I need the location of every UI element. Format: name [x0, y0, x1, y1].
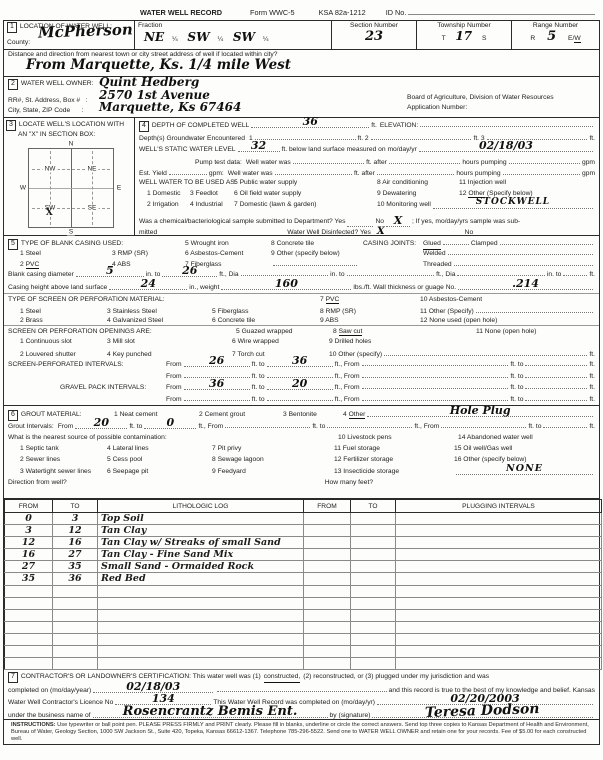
depth-completed-value: 36: [303, 115, 318, 128]
clamped-blank: [500, 237, 593, 245]
log-from-cell: 3: [5, 525, 53, 537]
distance-value: From Marquette, Ks. 1/4 mile West: [26, 57, 291, 73]
plug-description-cell: [396, 513, 602, 525]
contamination-option-10: 10 Livestock pens: [338, 433, 458, 443]
log-description-cell: [98, 609, 304, 621]
casing-height-label: Casing height above land surface: [8, 283, 107, 293]
application-number-label: Application Number:: [407, 104, 467, 111]
log-to-cell: 16: [53, 537, 98, 549]
gpi2-ft: ft.: [589, 395, 595, 405]
compass-west-label: W: [18, 185, 28, 192]
log-to-cell: 3: [53, 513, 98, 525]
contamination-option-2: 2 Sewer lines: [20, 455, 107, 465]
threaded-blank: [454, 258, 593, 266]
section-6-grout: 6GROUT MATERIAL: 1 Neat cement 2 Cement …: [4, 406, 599, 499]
quadrant-nw-label: NW: [43, 165, 58, 172]
static-date-value: 02/18/03: [479, 139, 533, 152]
grout-other-value: Hole Plug: [450, 404, 511, 417]
casing-2-word: PVC: [26, 261, 40, 269]
plug-description-cell: [396, 609, 602, 621]
opening-option-2: 2 Louvered shutter: [20, 350, 107, 360]
opening-8-word: Saw cut: [339, 328, 363, 336]
plug-to-cell: [351, 525, 396, 537]
spi-ftto-word: ft. to: [252, 360, 265, 370]
range-cell: Range Number R 5 E/W: [512, 21, 599, 49]
pump-test-4: gpm: [582, 158, 595, 168]
diam-ft-field: 26: [162, 268, 217, 277]
screen-7-word: PVC: [326, 296, 340, 304]
opening-option-11: 11 None (open hole): [476, 327, 536, 337]
header-to-2: TO: [351, 500, 396, 513]
dia2-blank: [241, 268, 328, 276]
contamination-option-6: 6 Seepage pit: [107, 467, 212, 477]
used-option-4: 4 Industrial: [190, 200, 234, 210]
est-yield-blank: [169, 167, 207, 175]
elevation-label: ELEVATION:: [380, 121, 418, 131]
casing-height-field: 24: [109, 281, 187, 290]
log-description-cell: [98, 646, 304, 658]
log-description-cell: Small Sand - Ormaided Rock: [98, 561, 304, 573]
spi-ftto-word-2: ft. to: [510, 360, 523, 370]
screen-option-2: 2 Brass: [20, 316, 107, 326]
plug-to-cell: [351, 633, 396, 645]
screen-option-12: 12 None used (open hole): [420, 316, 497, 326]
casing-weight-field: 160: [221, 281, 351, 290]
diam-in-to-3: in. to: [547, 270, 562, 280]
used-12-number: 12: [459, 190, 466, 197]
section-3-locate: 3LOCATE WELL'S LOCATION WITH AN "X" IN S…: [4, 118, 135, 235]
log-table-body: 0 3 Top Soil 3 12 Tan Clay: [5, 513, 602, 670]
gpi2-ftto: ft. to: [252, 395, 265, 405]
form-number: Form WWC-5: [250, 8, 295, 17]
plug-to-cell: [351, 658, 396, 670]
log-to-cell: 12: [53, 525, 98, 537]
used-option-10: 10 Monitoring well: [377, 200, 431, 210]
diam-ft-end: ft.: [589, 270, 595, 280]
contamination-option-14: 14 Abandoned water well: [458, 433, 533, 443]
pump-blank-2: [389, 156, 460, 164]
opening-8-number: 8: [333, 328, 337, 335]
log-description-cell: [98, 633, 304, 645]
gpi2-blank-3: [362, 393, 509, 401]
gi-from-field: 20: [75, 420, 127, 429]
contamination-option-15: 15 Oil well/Gas well: [454, 444, 512, 454]
gpi-to-value: 20: [292, 377, 307, 390]
diam-ft-dia-2: ft., Dia: [436, 270, 455, 280]
casing-joints-label: CASING JOINTS:: [363, 239, 423, 249]
gpi-from-field: 36: [184, 381, 250, 390]
log-to-cell: 35: [53, 561, 98, 573]
gpi-ft: ft.: [589, 383, 595, 393]
groundwater-2: ft. 2: [358, 134, 369, 144]
form-body: 1LOCATION OF WATER WELL: County: McPhers…: [3, 20, 600, 745]
license-label: Water Well Contractor's Licence No: [8, 698, 113, 708]
contamination-option-3: 3 Watertight sewer lines: [20, 467, 107, 477]
groundwater-2-blank: [371, 132, 472, 140]
glued-blank: [443, 237, 469, 245]
signature-label: by (signature): [330, 711, 371, 721]
grout-option-2: 2 Cement grout: [199, 410, 283, 420]
casing-option-8: 8 Concrete tile: [271, 239, 363, 249]
spi-ft-word: ft.: [589, 360, 595, 370]
board-of-agriculture-line: Board of Agriculture, Division of Water …: [407, 94, 554, 101]
range-prefix: R: [530, 35, 535, 42]
plug-to-cell: [351, 621, 396, 633]
statute-number: KSA 82a-1212: [319, 8, 366, 17]
county-value: McPherson: [38, 20, 133, 41]
gi-to-value: 0: [167, 416, 175, 429]
spi-from-word: From: [166, 360, 182, 370]
est-yield-5: gpm: [582, 169, 595, 179]
log-to-cell: [53, 633, 98, 645]
log-from-cell: [5, 585, 53, 597]
gi-from-word: From: [58, 422, 74, 432]
section-1-location: 1LOCATION OF WATER WELL: County: McPhers…: [4, 21, 599, 50]
plug-description-cell: [396, 549, 602, 561]
plug-to-cell: [351, 609, 396, 621]
gi-blank-1: [225, 420, 310, 428]
log-description-cell: [98, 585, 304, 597]
plug-to-cell: [351, 513, 396, 525]
screen-other-blank: [476, 305, 593, 313]
plug-from-cell: [304, 525, 351, 537]
used-option-5: 5 Public water supply: [234, 178, 377, 188]
monitoring-well-value: STOCKWELL: [476, 197, 550, 207]
log-description-cell: [98, 621, 304, 633]
log-table-row: 16 27 Tan Clay - Fine Sand Mix: [5, 549, 602, 561]
spi2-ftto-2: ft. to: [510, 372, 523, 382]
plug-to-cell: [351, 585, 396, 597]
screen-material-title: TYPE OF SCREEN OR PERFORATION MATERIAL:: [8, 295, 320, 305]
instructions-label: INSTRUCTIONS:: [11, 722, 56, 728]
groundwater-label: Depth(s) Groundwater Encountered: [139, 134, 245, 144]
id-number-blank: [408, 7, 595, 15]
section-number-value: 23: [335, 29, 413, 44]
static-date-field: 02/18/03: [419, 143, 593, 152]
pump-blank-1: [293, 156, 364, 164]
log-to-cell: [53, 658, 98, 670]
plug-to-cell: [351, 646, 396, 658]
log-description-cell: Tan Clay w/ Streaks of small Sand: [98, 537, 304, 549]
section-7-number: 7: [8, 672, 18, 683]
gpi2-from-word: From: [166, 395, 182, 405]
used-as-label: WELL WATER TO BE USED AS:: [139, 178, 234, 188]
used-option-6: 6 Oil field water supply: [234, 189, 377, 199]
lithologic-log-table: FROM TO LITHOLOGIC LOG FROM TO PLUGGING …: [4, 499, 602, 670]
log-table-row: 12 16 Tan Clay w/ Streaks of small Sand: [5, 537, 602, 549]
diam-in-to-2: in. to: [330, 270, 345, 280]
depth-completed-value-field: 36: [251, 119, 369, 128]
fraction-1-value: NE: [144, 30, 164, 44]
welded-blank: [448, 247, 593, 255]
water-well-record-scan: WATER WELL RECORD Form WWC-5 KSA 82a-121…: [0, 0, 603, 760]
groundwater-1-blank: [255, 132, 356, 140]
certification-text-2: (2) reconstructed, or (3) plugged under …: [303, 672, 489, 682]
gpi2-ftto-2: ft. to: [510, 395, 523, 405]
township-label: Township Number: [420, 22, 508, 29]
quadrant-se-label: SE: [86, 204, 99, 211]
log-from-cell: [5, 597, 53, 609]
signature-field: Teresa Dodson: [372, 709, 593, 718]
plug-from-cell: [304, 537, 351, 549]
section-2-owner: 2WATER WELL OWNER: RR#, St. Address, Box…: [4, 77, 599, 118]
gpi-ftto-2: ft. to: [510, 383, 523, 393]
section-6-number: 6: [8, 410, 18, 421]
log-from-cell: 0: [5, 513, 53, 525]
log-to-cell: 36: [53, 573, 98, 585]
spi-blank-1: [362, 358, 509, 366]
casing-other-blank: [273, 258, 357, 266]
opening-option-6: 6 Wire wrapped: [232, 337, 329, 347]
plug-description-cell: [396, 597, 602, 609]
static-level-mid: ft. below land surface measured on mo/da…: [282, 145, 417, 155]
log-from-cell: [5, 646, 53, 658]
casing-height-in: in., weight: [189, 283, 219, 293]
business-name-label: under the business name of: [8, 711, 91, 721]
signature-value: Teresa Dodson: [425, 705, 540, 718]
log-to-cell: [53, 609, 98, 621]
screen-perforated-label: SCREEN-PERFORATED INTERVALS:: [8, 360, 166, 370]
gpi2-ftfrom: ft., From: [335, 395, 360, 405]
sample-no-mark: X: [394, 214, 403, 227]
depth-completed-label: DEPTH OF COMPLETED WELL: [152, 121, 249, 131]
weight-unit-label: lbs./ft. Wall thickness or guage No.: [353, 283, 456, 293]
grout-option-1: 1 Neat cement: [114, 410, 199, 420]
log-to-cell: [53, 597, 98, 609]
opening-option-5: 5 Guazed wrapped: [236, 327, 333, 337]
opening-option-8: 8 Saw cut: [333, 327, 476, 337]
spi2-from-word: From: [166, 372, 182, 382]
static-level-label: WELL'S STATIC WATER LEVEL: [139, 145, 236, 155]
spi-blank-2: [525, 358, 587, 366]
log-table-header-row: FROM TO LITHOLOGIC LOG FROM TO PLUGGING …: [5, 500, 602, 513]
screen-option-6: 6 Concrete tile: [212, 316, 320, 326]
business-name-field: Rosencrantz Bemis Ent.: [93, 709, 328, 718]
log-description-cell: Top Soil: [98, 513, 304, 525]
log-from-cell: [5, 609, 53, 621]
blank-diameter-value: 5: [106, 264, 114, 277]
gpi-to-field: 20: [267, 381, 333, 390]
gpi-ftto: ft. to: [252, 383, 265, 393]
completed-on-blank: [217, 684, 386, 692]
contamination-option-5: 5 Cess pool: [107, 455, 212, 465]
log-from-cell: 35: [5, 573, 53, 585]
plug-from-cell: [304, 646, 351, 658]
screen-option-10: 10 Asbestos-Cement: [420, 295, 482, 305]
casing-option-3: 3 RMP (SR): [112, 249, 185, 259]
casing-title: TYPE OF BLANK CASING USED:: [21, 240, 123, 247]
plug-description-cell: [396, 658, 602, 670]
pump-blank-3: [509, 156, 580, 164]
gauge-field: .214: [458, 281, 593, 290]
log-table-row: [5, 609, 602, 621]
township-prefix: T: [442, 35, 446, 42]
dia3-ft-blank: [563, 268, 587, 276]
well-location-x-mark: X: [46, 208, 53, 218]
plug-description-cell: [396, 561, 602, 573]
grout-4-word: Other: [349, 411, 366, 419]
casing-option-5: 5 Wrought iron: [185, 239, 271, 249]
grout-option-3: 3 Bentonite: [283, 410, 343, 420]
section-4-depth: 4 DEPTH OF COMPLETED WELL 36 ft. ELEVATI…: [135, 118, 599, 235]
log-from-cell: [5, 621, 53, 633]
gi-ftfrom-2: ft., From: [414, 422, 439, 432]
est-yield-blank-2: [275, 167, 352, 175]
gi-ftto-2: ft. to: [312, 422, 325, 432]
opening-option-1: 1 Continuous slot: [20, 337, 107, 347]
plug-to-cell: [351, 573, 396, 585]
dia3-blank: [457, 268, 544, 276]
opening-option-9: 9 Drilled holes: [329, 337, 371, 347]
grout-4-number: 4: [343, 411, 347, 418]
contamination-option-11: 11 Fuel storage: [334, 444, 454, 454]
section-number-label: Section Number: [335, 22, 413, 29]
gpi-blank-1: [362, 381, 509, 389]
how-many-feet-label: How many feet?: [325, 478, 373, 488]
casing-weight-value: 160: [275, 277, 298, 290]
log-to-cell: [53, 585, 98, 597]
gi-blank-4: [543, 420, 587, 428]
plug-to-cell: [351, 597, 396, 609]
grout-title: GROUT MATERIAL:: [21, 411, 82, 418]
header-lithologic-log: LITHOLOGIC LOG: [98, 500, 304, 513]
pump-test-3: hours pumping: [462, 158, 506, 168]
used-option-2: 2 Irrigation: [147, 200, 190, 210]
casing-option-1: 1 Steel: [20, 249, 112, 259]
direction-label: Direction from well?: [8, 478, 67, 488]
header-to-1: TO: [53, 500, 98, 513]
section-7-certification: 7 CONTRACTOR'S OR LANDOWNER'S CERTIFICAT…: [4, 670, 599, 720]
log-table-row: 3 12 Tan Clay: [5, 525, 602, 537]
header-plugging-intervals: PLUGGING INTERVALS: [396, 500, 602, 513]
id-number-label: ID No.: [386, 8, 407, 17]
plug-description-cell: [396, 633, 602, 645]
gi-blank-3: [441, 420, 526, 428]
business-name-value: Rosencrantz Bemis Ent.: [123, 704, 298, 719]
log-description-cell: [98, 597, 304, 609]
log-to-cell: [53, 646, 98, 658]
used-option-1: 1 Domestic: [147, 189, 190, 199]
spi2-blank-4: [525, 370, 587, 378]
used-12-suffix: (Specify below): [487, 190, 533, 197]
document-title: WATER WELL RECORD: [140, 8, 222, 17]
used-option-8: 8 Air conditioning: [377, 178, 459, 188]
sample-no-field: X: [386, 218, 410, 227]
spi2-ft: ft.: [589, 372, 595, 382]
depth-unit: ft.: [371, 121, 377, 131]
owner-value: Quint Hedberg: [99, 75, 199, 89]
diam-ft-value: 26: [182, 264, 197, 277]
spi-from-field: 26: [184, 358, 250, 367]
elevation-blank: [420, 119, 593, 127]
document-header: WATER WELL RECORD Form WWC-5 KSA 82a-121…: [0, 7, 597, 17]
grout-other-field: Hole Plug: [367, 408, 593, 417]
used-option-11: 11 Injection well: [459, 178, 506, 188]
plug-description-cell: [396, 621, 602, 633]
plug-description-cell: [396, 646, 602, 658]
plug-from-cell: [304, 561, 351, 573]
township-value: 17: [455, 29, 472, 43]
spi-from-value: 26: [209, 354, 224, 367]
spi2-ftto: ft. to: [252, 372, 265, 382]
screen-option-9: 9 ABS: [320, 316, 420, 326]
contamination-option-12: 12 Fertilizer storage: [334, 455, 454, 465]
log-table-row: [5, 621, 602, 633]
used-option-7: 7 Domestic (lawn & garden): [234, 200, 377, 210]
log-to-cell: 27: [53, 549, 98, 561]
plug-description-cell: [396, 525, 602, 537]
log-to-cell: [53, 621, 98, 633]
monitoring-well-field: STOCKWELL: [433, 200, 593, 209]
casing-height-value: 24: [141, 277, 156, 290]
compass-south-label: S: [67, 229, 75, 236]
spi2-blank-3: [362, 370, 509, 378]
section-number-cell: Section Number 23: [332, 21, 417, 49]
certification-constructed: constructed,: [264, 672, 300, 683]
est-yield-blank-4: [503, 167, 580, 175]
compass-north-label: N: [67, 141, 76, 148]
gpi2-blank-1: [184, 393, 250, 401]
city-state-zip-label: City, State, ZIP Code :: [8, 107, 595, 114]
gi-to-field: 0: [144, 420, 196, 429]
contamination-option-8: 8 Sewage lagoon: [212, 455, 334, 465]
sample-question: Was a chemical/bacteriological sample su…: [139, 217, 345, 227]
quarter-glyph: ¼: [217, 36, 223, 43]
contamination-option-13: 13 Insecticide storage: [334, 467, 454, 477]
fraction-3-value: SW: [233, 30, 255, 44]
plug-description-cell: [396, 573, 602, 585]
spi-to-value: 36: [292, 354, 307, 367]
gauge-value: .214: [512, 277, 539, 290]
sample-yes-blank: [347, 219, 373, 227]
used-option-3: 3 Feedlot: [190, 189, 234, 199]
owner-label: WATER WELL OWNER:: [21, 79, 94, 89]
log-from-cell: [5, 658, 53, 670]
contamination-option-7: 7 Pit privy: [212, 444, 334, 454]
compass-center-horizontal: [29, 188, 113, 189]
gi-ft: ft.: [589, 422, 595, 432]
section-1-number: 1: [7, 22, 17, 33]
gi-ftfrom: ft., From: [198, 422, 223, 432]
plug-from-cell: [304, 513, 351, 525]
log-from-cell: [5, 633, 53, 645]
diam-ft-dia: ft., Dia: [219, 270, 238, 280]
log-table-row: [5, 633, 602, 645]
quadrant-ne-label: NE: [85, 165, 98, 172]
grout-intervals-label: Grout Intervals:: [8, 422, 54, 432]
blank-diameter-label: Blank casing diameter: [8, 270, 74, 280]
township-cell: Township Number T 17 S: [417, 21, 512, 49]
contamination-option-9: 9 Feedyard: [212, 467, 334, 477]
dia2-ft-blank: [347, 268, 434, 276]
plug-from-cell: [304, 585, 351, 597]
log-table-row: [5, 597, 602, 609]
plug-from-cell: [304, 633, 351, 645]
log-table-row: [5, 658, 602, 670]
static-level-value: 32: [251, 139, 266, 152]
gpi-blank-2: [525, 381, 587, 389]
gi-from-value: 20: [94, 416, 109, 429]
log-table-row: 0 3 Top Soil: [5, 513, 602, 525]
plug-from-cell: [304, 549, 351, 561]
header-from-2: FROM: [304, 500, 351, 513]
spi-ftfrom-word: ft., From: [335, 360, 360, 370]
used-option-9: 9 Dewatering: [377, 189, 459, 199]
fraction-label: Fraction: [138, 22, 328, 29]
casing-joint-welded: Welded: [423, 249, 446, 259]
compass-east-label: E: [115, 185, 123, 192]
opening-option-3: 3 Mill slot: [107, 337, 232, 347]
